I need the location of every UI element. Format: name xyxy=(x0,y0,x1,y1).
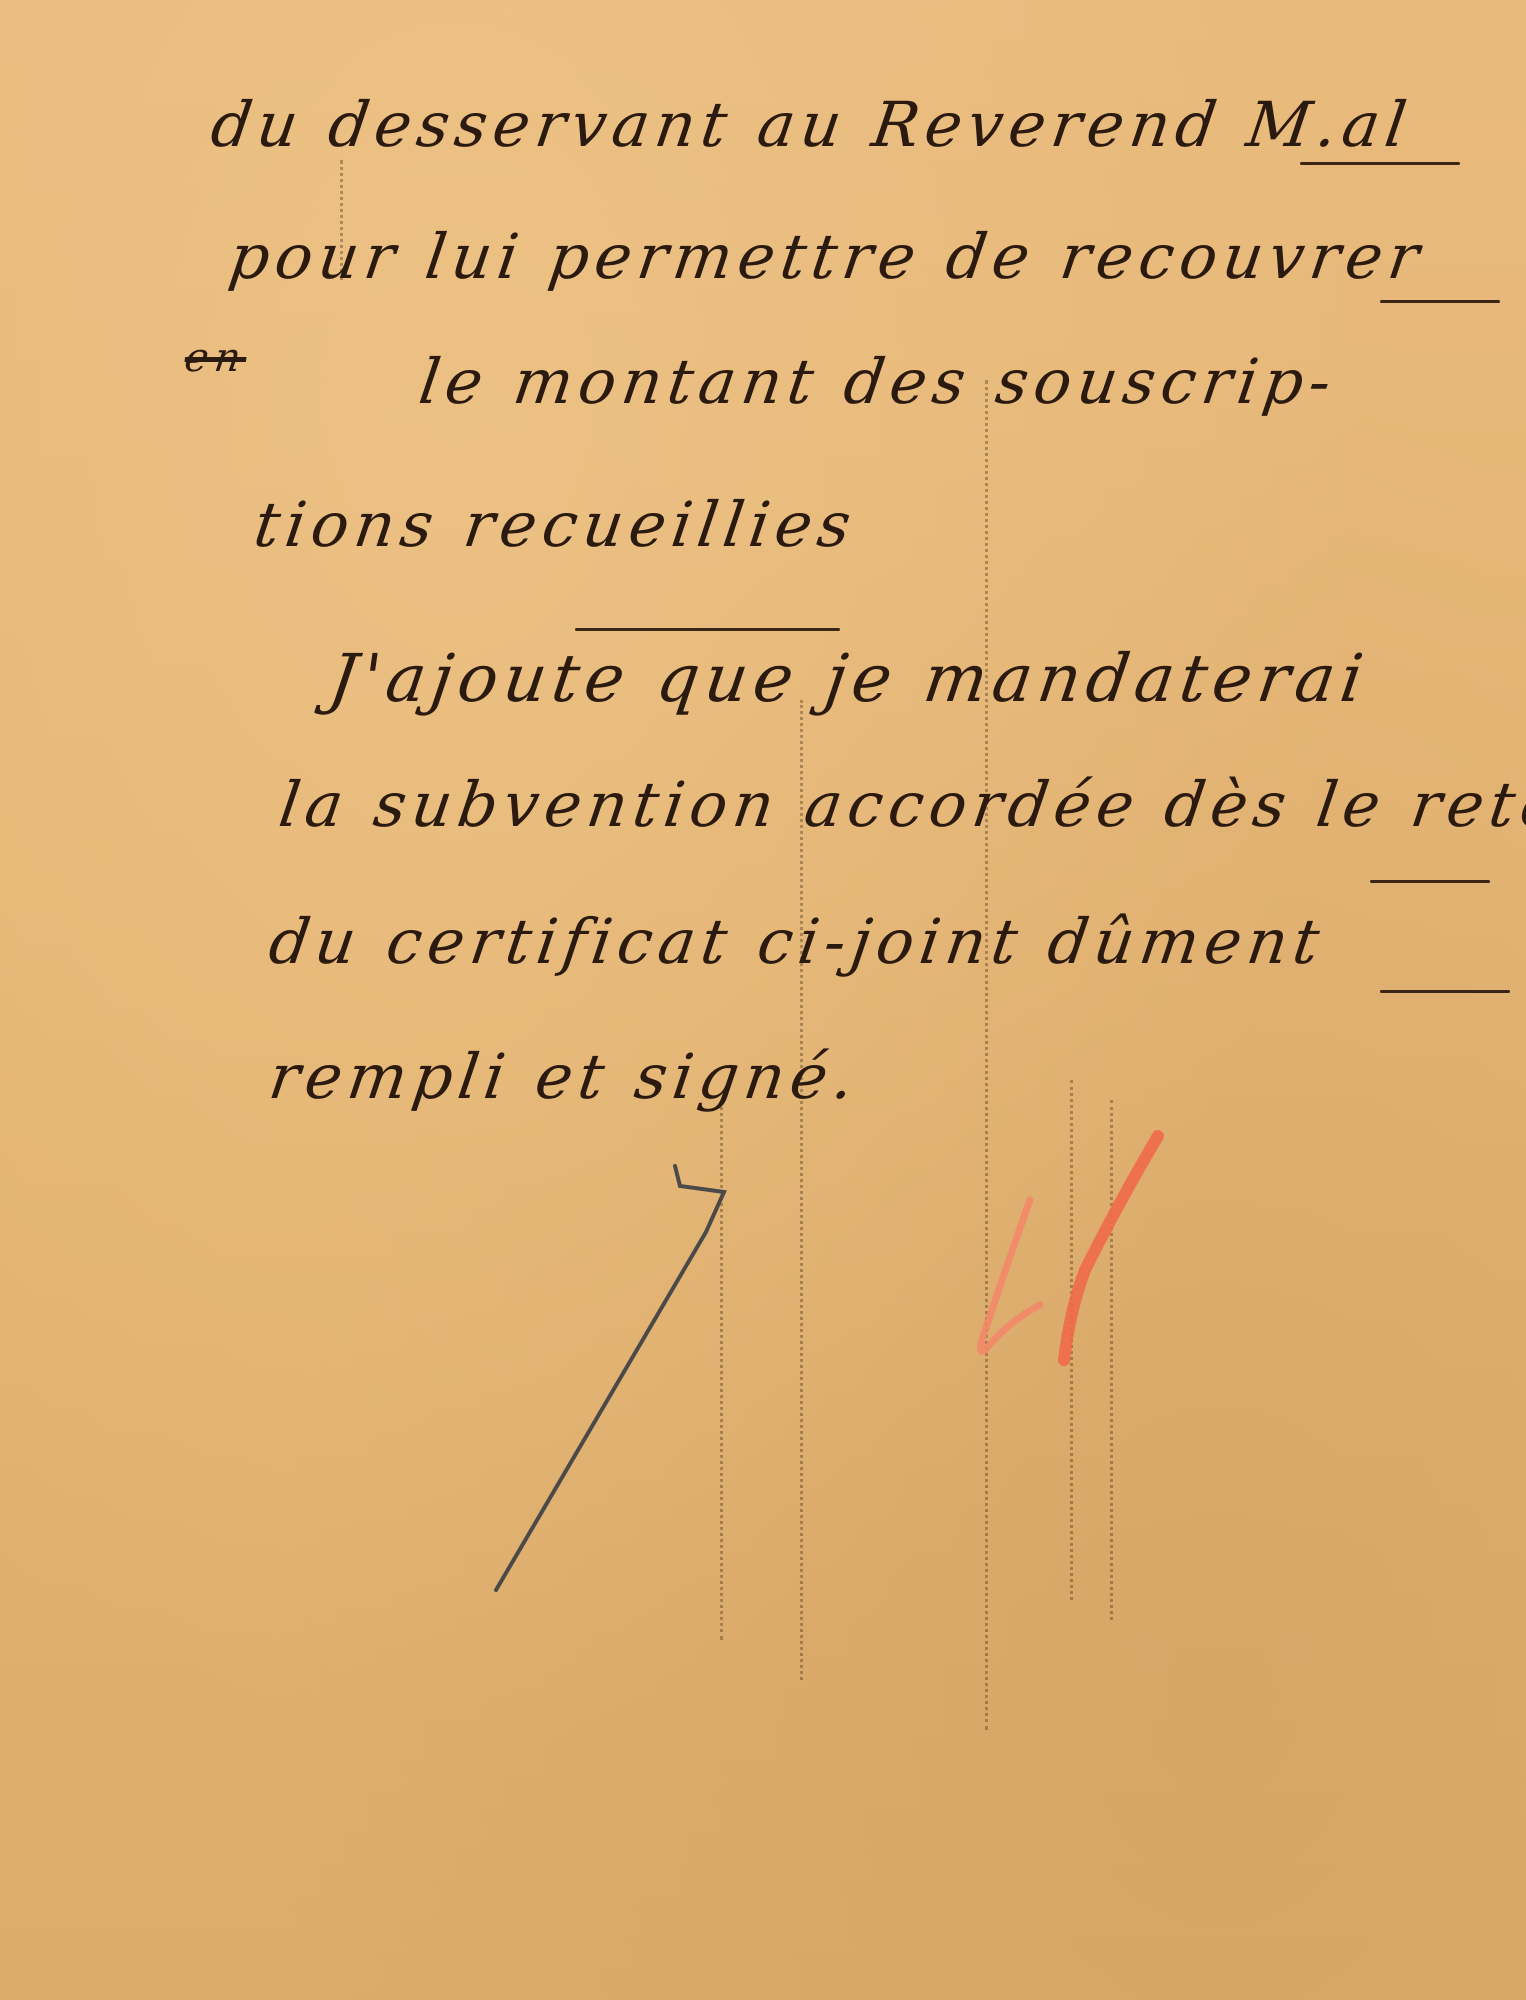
annotation-marks xyxy=(0,0,1526,2000)
pencil-seven-mark xyxy=(496,1166,724,1590)
red-crayon-mark xyxy=(981,1136,1158,1360)
